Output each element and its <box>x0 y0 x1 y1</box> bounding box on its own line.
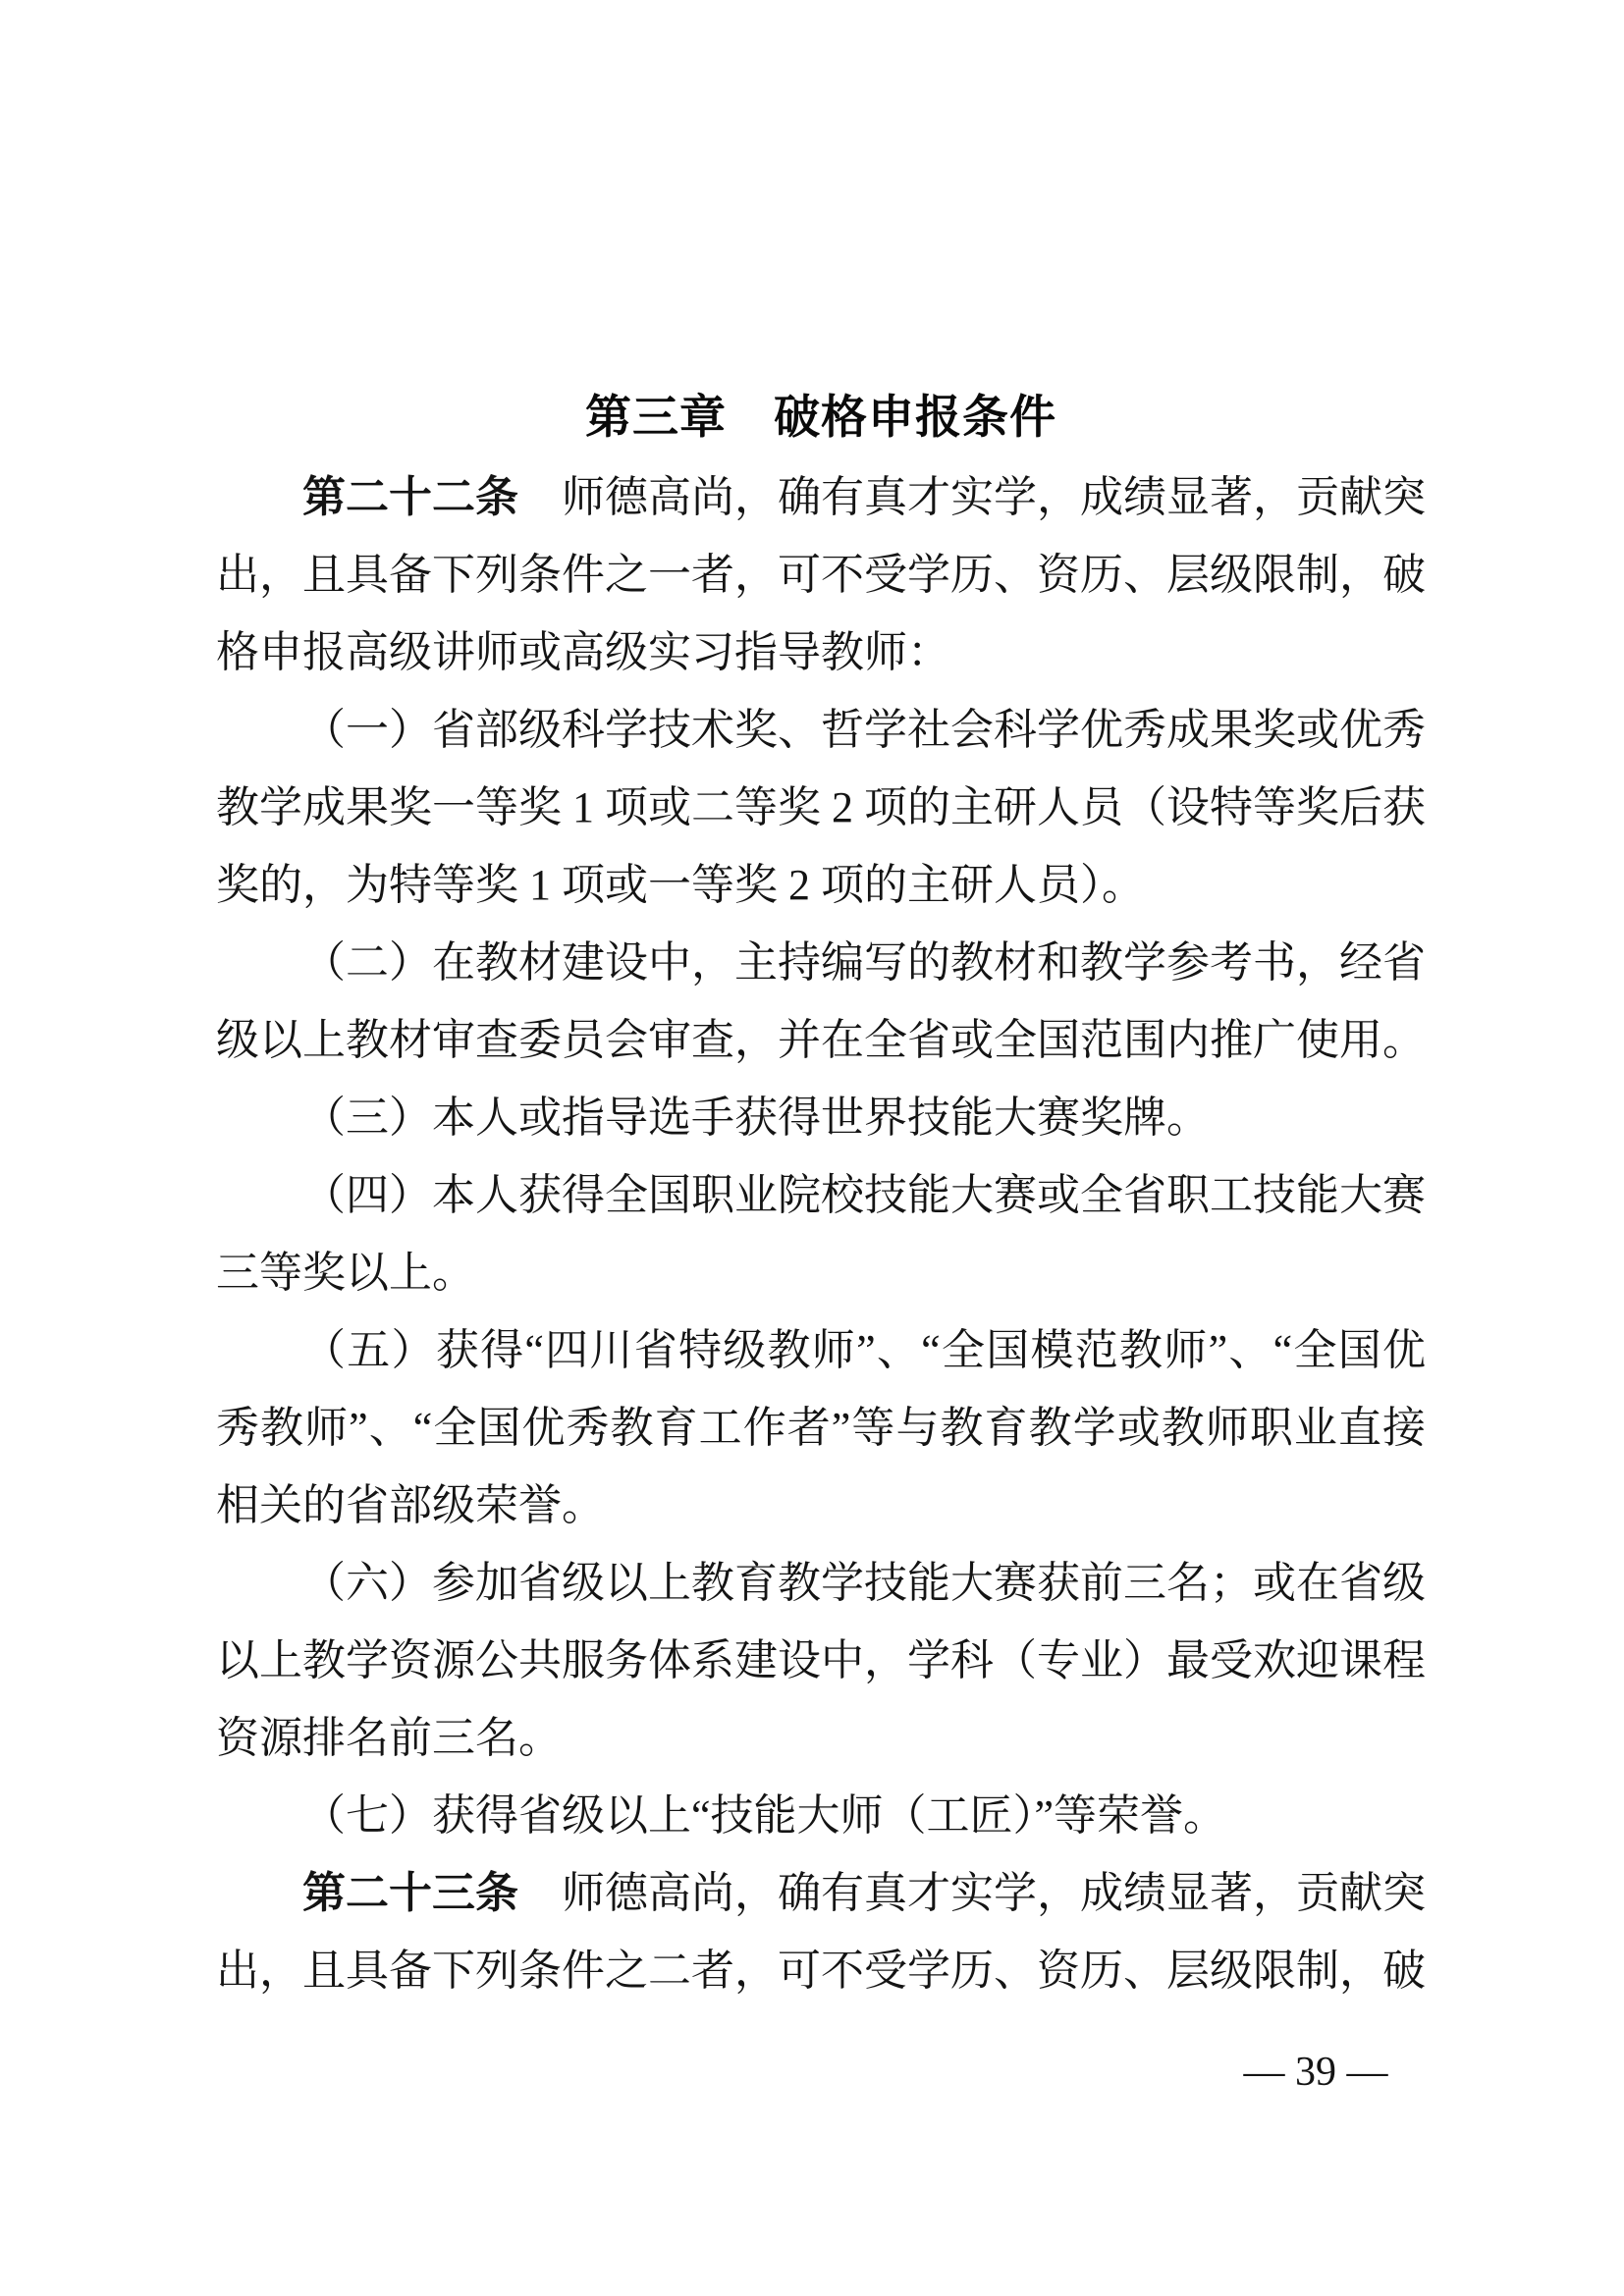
line-text: （三）本人或指导选手获得世界技能大赛奖牌。 <box>302 1094 1210 1142</box>
document-line: （五）获得“四川省特级教师”、“全国模范教师”、“全国优 <box>216 1311 1426 1389</box>
document-line: （六）参加省级以上教育教学技能大赛获前三名；或在省级 <box>216 1544 1426 1622</box>
document-line: 秀教师”、“全国优秀教育工作者”等与教育教学或教师职业直接 <box>216 1389 1426 1467</box>
document-line: 第二十二条 师德高尚，确有真才实学，成绩显著，贡献突 <box>216 458 1426 536</box>
line-text: （七）获得省级以上“技能大师（工匠）”等荣誉。 <box>302 1791 1226 1840</box>
document-page: 第三章 破格申报条件 第二十二条 师德高尚，确有真才实学，成绩显著，贡献突出，且… <box>0 0 1624 2296</box>
document-line: （一）省部级科学技术奖、哲学社会科学优秀成果奖或优秀 <box>216 691 1426 769</box>
text-block: 第三章 破格申报条件 第二十二条 师德高尚，确有真才实学，成绩显著，贡献突出，且… <box>216 376 1426 2009</box>
line-text: 级以上教材审查委员会审查，并在全省或全国范围内推广使用。 <box>216 1016 1426 1064</box>
line-text: 师德高尚，确有真才实学，成绩显著，贡献突 <box>518 473 1426 521</box>
line-text: 师德高尚，确有真才实学，成绩显著，贡献突 <box>518 1869 1426 1917</box>
line-text: 相关的省部级荣誉。 <box>216 1481 605 1529</box>
document-line: 以上教学资源公共服务体系建设中，学科（专业）最受欢迎课程 <box>216 1622 1426 1699</box>
document-line: （四）本人获得全国职业院校技能大赛或全省职工技能大赛 <box>216 1156 1426 1234</box>
page-number: — 39 — <box>1203 2047 1429 2098</box>
document-line: 资源排名前三名。 <box>216 1699 1426 1777</box>
line-text: （一）省部级科学技术奖、哲学社会科学优秀成果奖或优秀 <box>302 706 1426 754</box>
article-number: 第二十三条 <box>302 1869 518 1917</box>
document-line: （二）在教材建设中，主持编写的教材和教学参考书，经省 <box>216 924 1426 1001</box>
document-line: 奖的，为特等奖 1 项或一等奖 2 项的主研人员）。 <box>216 846 1426 924</box>
line-text: 奖的，为特等奖 1 项或一等奖 2 项的主研人员）。 <box>216 861 1145 909</box>
article-number: 第二十二条 <box>302 473 518 521</box>
document-line: 教学成果奖一等奖 1 项或二等奖 2 项的主研人员（设特等奖后获 <box>216 769 1426 846</box>
document-line: （三）本人或指导选手获得世界技能大赛奖牌。 <box>216 1079 1426 1156</box>
chapter-title: 第三章 破格申报条件 <box>216 376 1426 458</box>
document-line: 格申报高级讲师或高级实习指导教师： <box>216 614 1426 691</box>
document-line: 第二十三条 师德高尚，确有真才实学，成绩显著，贡献突 <box>216 1854 1426 1932</box>
line-text: （六）参加省级以上教育教学技能大赛获前三名；或在省级 <box>302 1559 1426 1607</box>
document-line: 出，且具备下列条件之一者，可不受学历、资历、层级限制，破 <box>216 536 1426 614</box>
line-text: （四）本人获得全国职业院校技能大赛或全省职工技能大赛 <box>302 1171 1426 1219</box>
line-text: 格申报高级讲师或高级实习指导教师： <box>216 628 950 676</box>
document-lines: 第二十二条 师德高尚，确有真才实学，成绩显著，贡献突出，且具备下列条件之一者，可… <box>216 458 1426 2009</box>
document-line: 出，且具备下列条件之二者，可不受学历、资历、层级限制，破 <box>216 1932 1426 2009</box>
line-text: 教学成果奖一等奖 1 项或二等奖 2 项的主研人员（设特等奖后获 <box>216 783 1426 831</box>
line-text: 出，且具备下列条件之一者，可不受学历、资历、层级限制，破 <box>216 551 1426 599</box>
line-text: 秀教师”、“全国优秀教育工作者”等与教育教学或教师职业直接 <box>216 1404 1426 1452</box>
line-text: （二）在教材建设中，主持编写的教材和教学参考书，经省 <box>302 938 1426 987</box>
document-line: 三等奖以上。 <box>216 1234 1426 1311</box>
line-text: 以上教学资源公共服务体系建设中，学科（专业）最受欢迎课程 <box>216 1636 1426 1684</box>
line-text: （五）获得“四川省特级教师”、“全国模范教师”、“全国优 <box>302 1326 1426 1374</box>
document-line: 级以上教材审查委员会审查，并在全省或全国范围内推广使用。 <box>216 1001 1426 1079</box>
line-text: 出，且具备下列条件之二者，可不受学历、资历、层级限制，破 <box>216 1947 1426 1995</box>
document-line: （七）获得省级以上“技能大师（工匠）”等荣誉。 <box>216 1777 1426 1854</box>
line-text: 三等奖以上。 <box>216 1249 475 1297</box>
line-text: 资源排名前三名。 <box>216 1714 562 1762</box>
document-line: 相关的省部级荣誉。 <box>216 1467 1426 1544</box>
